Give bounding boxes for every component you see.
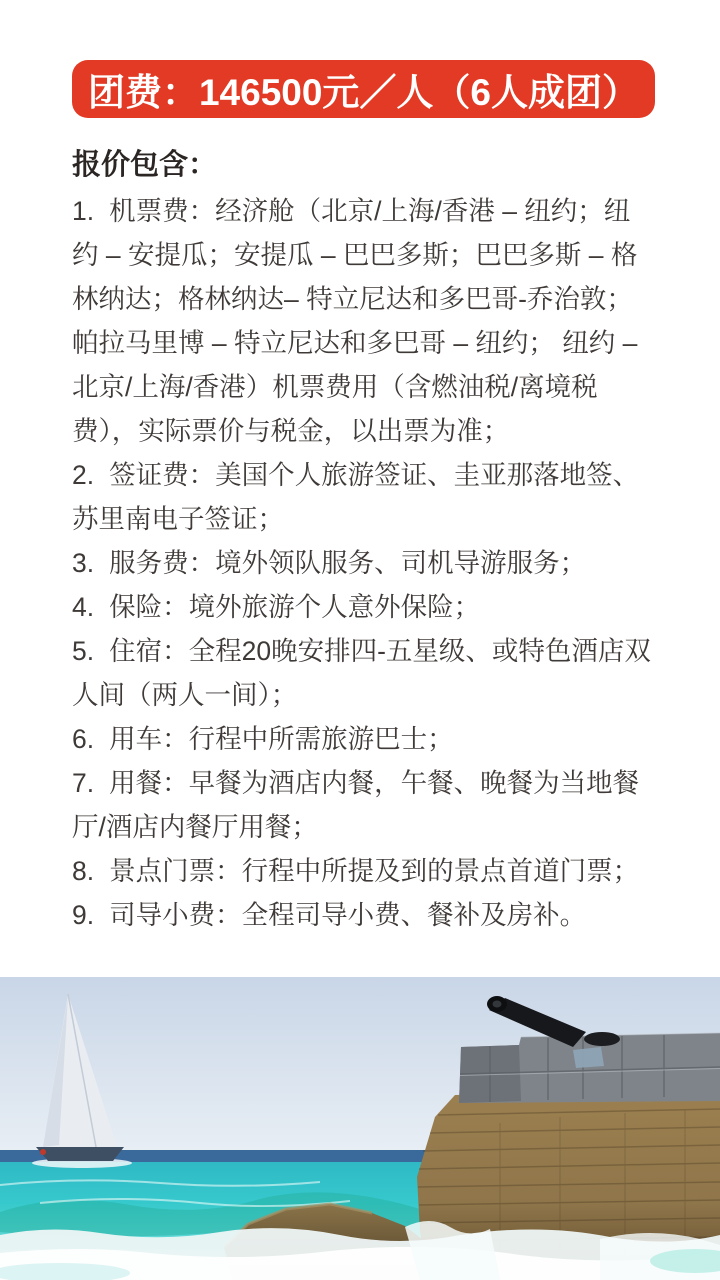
quote-item: 6.用车：行程中所需旅游巴士； <box>72 717 652 761</box>
quote-item: 4.保险：境外旅游个人意外保险； <box>72 585 652 629</box>
flyer-page: { "banner": { "text": "团费：146500元／人（6人成团… <box>0 0 720 1280</box>
item-number: 7. <box>72 768 94 798</box>
quote-heading: 报价包含： <box>72 143 652 187</box>
item-number: 2. <box>72 460 94 490</box>
item-number: 5. <box>72 636 94 666</box>
price-banner: 团费：146500元／人（6人成团） <box>72 60 655 118</box>
price-banner-text: 团费：146500元／人（6人成团） <box>88 62 639 116</box>
hull <box>36 1147 124 1161</box>
bow-flag <box>40 1149 46 1155</box>
cannon-muzzle-bore <box>493 1001 502 1008</box>
item-text: 住宿：全程20晚安排四-五星级、或特色酒店双人间（两人一间）； <box>72 636 651 710</box>
quote-section: 报价包含： 1.机票费：经济舱（北京/上海/香港 – 纽约；纽约 – 安提瓜；安… <box>72 143 652 937</box>
item-text: 用车：行程中所需旅游巴士； <box>109 724 454 754</box>
item-text: 司导小费：全程司导小费、餐补及房补。 <box>109 900 586 930</box>
quote-item: 8.景点门票：行程中所提及到的景点首道门票； <box>72 849 652 893</box>
item-text: 用餐：早餐为酒店内餐，午餐、晚餐为当地餐厅/酒店内餐厅用餐； <box>72 768 639 842</box>
destination-photo <box>0 977 720 1280</box>
quote-item: 9.司导小费：全程司导小费、餐补及房补。 <box>72 893 652 937</box>
blue-plaque <box>573 1047 604 1068</box>
item-text: 机票费：经济舱（北京/上海/香港 – 纽约；纽约 – 安提瓜；安提瓜 – 巴巴多… <box>72 196 637 446</box>
item-number: 1. <box>72 196 94 226</box>
cannon-breech <box>584 1032 620 1046</box>
item-text: 签证费：美国个人旅游签证、圭亚那落地签、苏里南电子签证； <box>72 460 639 534</box>
item-number: 9. <box>72 900 94 930</box>
quote-item: 1.机票费：经济舱（北京/上海/香港 – 纽约；纽约 – 安提瓜；安提瓜 – 巴… <box>72 189 652 453</box>
quote-item: 3.服务费：境外领队服务、司机导游服务； <box>72 541 652 585</box>
quote-item: 2.签证费：美国个人旅游签证、圭亚那落地签、苏里南电子签证； <box>72 453 652 541</box>
item-text: 景点门票：行程中所提及到的景点首道门票； <box>109 856 639 886</box>
quote-item: 5.住宿：全程20晚安排四-五星级、或特色酒店双人间（两人一间）； <box>72 629 652 717</box>
quote-item: 7.用餐：早餐为酒店内餐，午餐、晚餐为当地餐厅/酒店内餐厅用餐； <box>72 761 652 849</box>
item-number: 8. <box>72 856 94 886</box>
item-text: 保险：境外旅游个人意外保险； <box>109 592 480 622</box>
item-number: 3. <box>72 548 94 578</box>
item-number: 6. <box>72 724 94 754</box>
item-number: 4. <box>72 592 94 622</box>
item-text: 服务费：境外领队服务、司机导游服务； <box>109 548 586 578</box>
